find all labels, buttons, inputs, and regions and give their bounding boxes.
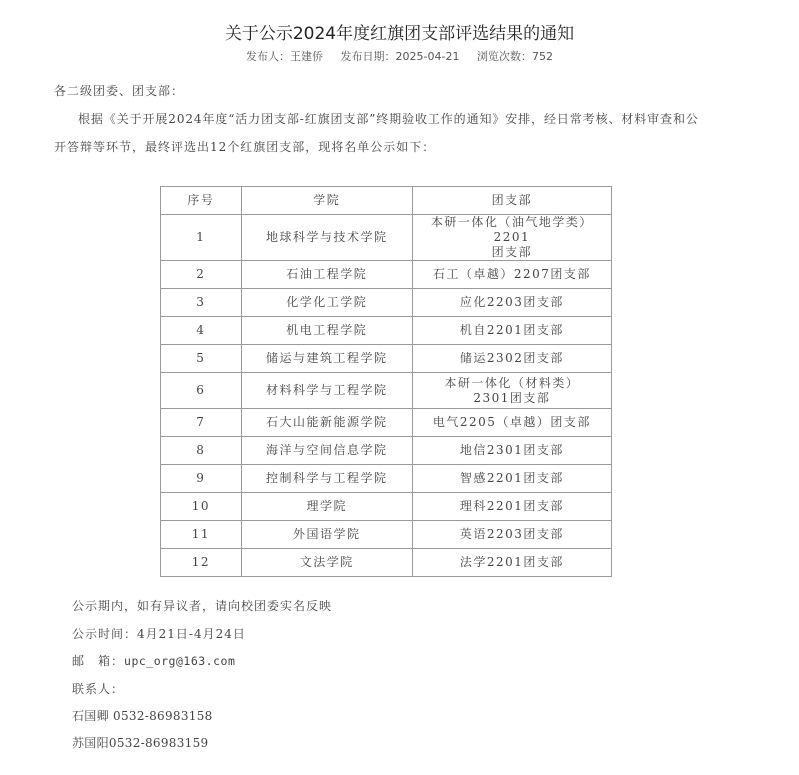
header-no: 序号: [161, 187, 242, 215]
table-row: 5 储运与建筑工程学院 储运2302团支部: [161, 345, 612, 373]
cell-no: 8: [161, 437, 242, 465]
email-address[interactable]: upc_org@163.com: [124, 654, 235, 668]
cell-branch: 机自2201团支部: [412, 317, 611, 345]
publish-date-info: 发布日期：2025-04-21: [341, 50, 460, 63]
objection-note: 公示期内，如有异议者，请向校团委实名反映: [72, 597, 332, 614]
email-label: 邮 箱：: [72, 654, 124, 668]
email-line: 邮 箱：upc_org@163.com: [72, 652, 235, 669]
cell-no: 4: [161, 317, 242, 345]
header-college: 学院: [241, 187, 412, 215]
cell-college: 材料科学与工程学院: [241, 373, 412, 409]
cell-no: 2: [161, 261, 242, 289]
cell-college: 理学院: [241, 493, 412, 521]
cell-branch: 智感2201团支部: [412, 465, 611, 493]
table-row: 12 文法学院 法学2201团支部: [161, 549, 612, 577]
contact-2: 苏国阳0532-86983159: [72, 734, 208, 751]
cell-college: 石油工程学院: [241, 261, 412, 289]
cell-branch: 本研一体化（材料类）2301团支部: [412, 373, 611, 409]
branch-line-2: 团支部: [413, 245, 611, 260]
table-row: 4 机电工程学院 机自2201团支部: [161, 317, 612, 345]
cell-college: 外国语学院: [241, 521, 412, 549]
cell-college: 地球科学与技术学院: [241, 215, 412, 261]
cell-college: 海洋与空间信息学院: [241, 437, 412, 465]
body-line-1: 根据《关于开展2024年度“活力团支部-红旗团支部”终期验收工作的通知》安排，经…: [78, 110, 699, 127]
cell-no: 11: [161, 521, 242, 549]
view-count-info: 浏览次数：752: [477, 50, 553, 63]
table-row: 8 海洋与空间信息学院 地信2301团支部: [161, 437, 612, 465]
cell-no: 5: [161, 345, 242, 373]
publicity-period: 公示时间：4月21日-4月24日: [72, 625, 246, 642]
publisher-name: 王建侨: [290, 50, 323, 63]
table-row: 10 理学院 理科2201团支部: [161, 493, 612, 521]
branch-line-1: 本研一体化（油气地学类）2201: [413, 215, 611, 245]
salutation: 各二级团委、团支部：: [54, 82, 184, 99]
publisher-label: 发布人：: [246, 50, 290, 63]
cell-no: 1: [161, 215, 242, 261]
cell-branch: 法学2201团支部: [412, 549, 611, 577]
cell-branch: 理科2201团支部: [412, 493, 611, 521]
cell-branch: 本研一体化（油气地学类）2201团支部: [412, 215, 611, 261]
cell-branch: 英语2203团支部: [412, 521, 611, 549]
cell-branch: 地信2301团支部: [412, 437, 611, 465]
header-branch: 团支部: [412, 187, 611, 215]
cell-branch: 石工（卓越）2207团支部: [412, 261, 611, 289]
table-row: 9 控制科学与工程学院 智感2201团支部: [161, 465, 612, 493]
red-flag-branch-table: 序号 学院 团支部 1 地球科学与技术学院 本研一体化（油气地学类）2201团支…: [160, 186, 612, 577]
publisher-info: 发布人：王建侨: [246, 50, 323, 63]
article-title: 关于公示2024年度红旗团支部评选结果的通知: [0, 19, 799, 44]
contacts-label: 联系人：: [72, 680, 124, 697]
view-count: 752: [532, 50, 553, 63]
cell-college: 化学化工学院: [241, 289, 412, 317]
contact-1: 石国卿 0532-86983158: [72, 707, 213, 724]
table-row: 6 材料科学与工程学院 本研一体化（材料类）2301团支部: [161, 373, 612, 409]
cell-no: 7: [161, 409, 242, 437]
branch-line-2: 2301团支部: [413, 391, 611, 406]
branch-line-1: 本研一体化（材料类）: [413, 376, 611, 391]
publish-date-label: 发布日期：: [341, 50, 396, 63]
table-row: 3 化学化工学院 应化2203团支部: [161, 289, 612, 317]
cell-college: 文法学院: [241, 549, 412, 577]
cell-branch: 电气2205（卓越）团支部: [412, 409, 611, 437]
cell-college: 储运与建筑工程学院: [241, 345, 412, 373]
cell-no: 12: [161, 549, 242, 577]
cell-college: 机电工程学院: [241, 317, 412, 345]
cell-no: 3: [161, 289, 242, 317]
table-header-row: 序号 学院 团支部: [161, 187, 612, 215]
cell-branch: 储运2302团支部: [412, 345, 611, 373]
table-row: 11 外国语学院 英语2203团支部: [161, 521, 612, 549]
cell-no: 9: [161, 465, 242, 493]
cell-college: 石大山能新能源学院: [241, 409, 412, 437]
table-row: 1 地球科学与技术学院 本研一体化（油气地学类）2201团支部: [161, 215, 612, 261]
article-meta: 发布人：王建侨 发布日期：2025-04-21 浏览次数：752: [0, 48, 799, 64]
view-count-label: 浏览次数：: [477, 50, 532, 63]
cell-no: 10: [161, 493, 242, 521]
table-row: 2 石油工程学院 石工（卓越）2207团支部: [161, 261, 612, 289]
table-row: 7 石大山能新能源学院 电气2205（卓越）团支部: [161, 409, 612, 437]
cell-no: 6: [161, 373, 242, 409]
publish-date: 2025-04-21: [396, 50, 460, 63]
cell-branch: 应化2203团支部: [412, 289, 611, 317]
body-line-2: 开答辩等环节，最终评选出12个红旗团支部，现将名单公示如下：: [54, 138, 435, 155]
cell-college: 控制科学与工程学院: [241, 465, 412, 493]
